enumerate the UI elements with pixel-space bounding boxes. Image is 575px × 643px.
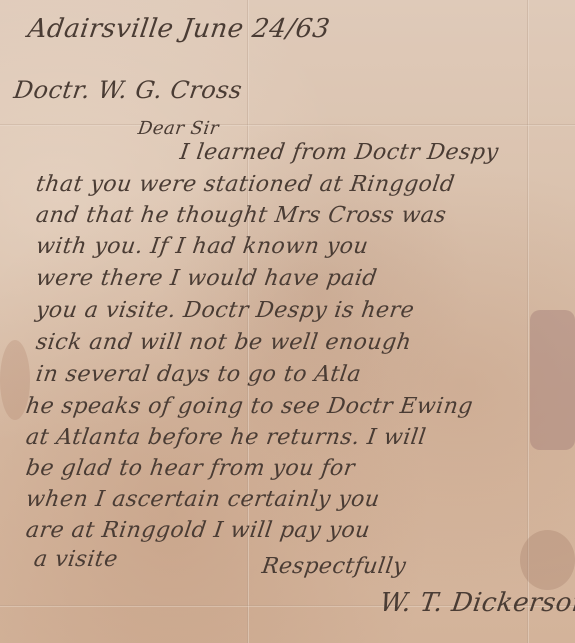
body-line: when I ascertain certainly you <box>24 487 381 512</box>
body-line: be glad to hear from you for <box>24 456 356 481</box>
body-line: at Atlanta before he returns. I will <box>24 425 427 450</box>
body-line: I learned from Doctr Despy <box>178 140 500 165</box>
body-line: he speaks of going to see Doctr Ewing <box>24 394 474 419</box>
fold-line-vertical <box>527 0 529 643</box>
body-line: that you were stationed at Ringgold <box>34 172 456 197</box>
dateline: Adairsville June 24/63 <box>26 14 332 44</box>
body-line: with you. If I had known you <box>34 234 370 259</box>
body-line: you a visite. Doctr Despy is here <box>34 298 416 323</box>
body-line: sick and will not be well enough <box>34 330 413 355</box>
addressee: Doctr. W. G. Cross <box>12 76 244 104</box>
water-stain <box>530 310 575 450</box>
water-stain <box>520 530 575 590</box>
signature: W. T. Dickerson <box>378 588 575 618</box>
body-line: were there I would have paid <box>34 266 379 291</box>
body-line: and that he thought Mrs Cross was <box>34 203 448 228</box>
fold-line-horizontal <box>0 124 575 126</box>
body-line: a visite <box>32 547 119 572</box>
body-line: are at Ringgold I will pay you <box>24 518 371 543</box>
letter-page: Adairsville June 24/63 Doctr. W. G. Cros… <box>0 0 575 643</box>
body-line: in several days to go to Atla <box>34 362 363 387</box>
closing: Respectfully <box>260 554 407 579</box>
salutation: Dear Sir <box>137 118 221 139</box>
